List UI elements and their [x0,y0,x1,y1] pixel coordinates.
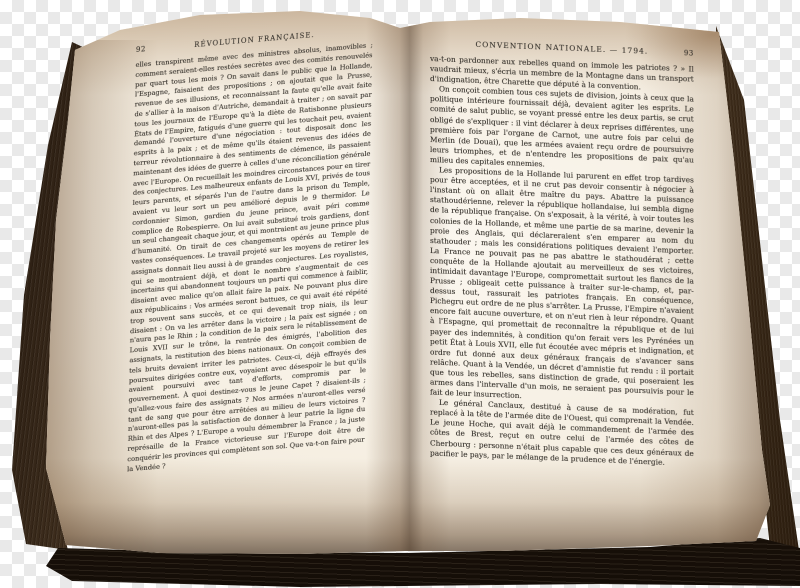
left-page-number: 92 [136,43,166,54]
photo-open-book: 92 RÉVOLUTION FRANÇAISE. elles transpire… [0,0,800,588]
right-paragraph: On conçoit combien tous ces sujets de di… [430,84,694,175]
right-page: CONVENTION NATIONALE. — 1794. 93 va-t-on… [430,38,694,469]
right-paragraph: Le général Canclaux, destitué à cause de… [430,397,694,468]
right-header-spacer [430,45,460,46]
right-page-number: 93 [664,48,694,57]
right-paragraph: Les propositions de la Hollande lui paru… [430,165,694,408]
left-page: 92 RÉVOLUTION FRANÇAISE. elles transpire… [127,26,373,475]
left-paragraph: elles transpirent même avec des ministre… [127,41,373,475]
left-page-text: elles transpirent même avec des ministre… [127,41,373,475]
left-header-spacer [343,32,373,35]
right-page-text: va-t-on pardonner aux rebelles quand on … [430,54,694,469]
